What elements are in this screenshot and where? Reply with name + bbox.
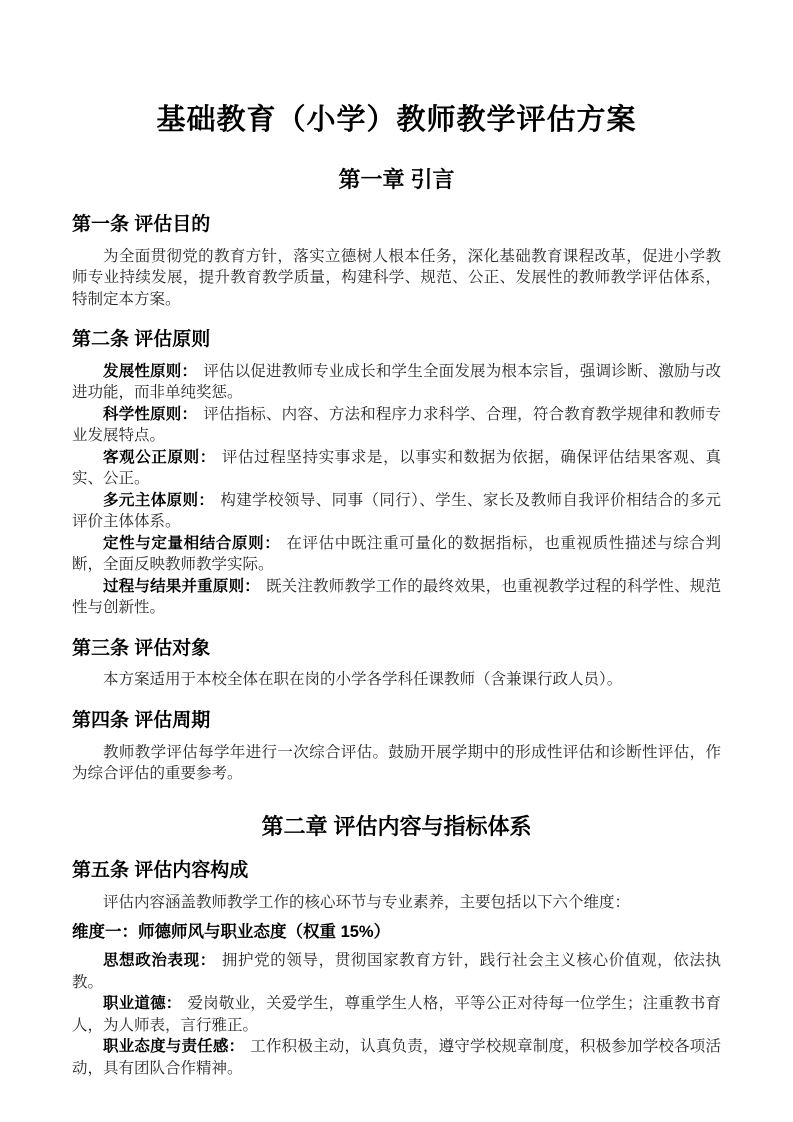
principle-label: 发展性原则： <box>103 363 197 380</box>
dimension-1-heading: 维度一：师德师风与职业态度（权重 15%） <box>72 921 721 944</box>
paragraph: 过程与结果并重原则：既关注教师教学工作的最终效果，也重视教学过程的科学性、规范性… <box>72 576 721 619</box>
section-4-heading: 第四条 评估周期 <box>72 709 721 734</box>
paragraph: 思想政治表现：拥护党的领导，贯彻国家教育方针，践行社会主义核心价值观，依法执教。 <box>72 950 721 993</box>
section-5-heading: 第五条 评估内容构成 <box>72 859 721 884</box>
paragraph: 职业态度与责任感：工作积极主动，认真负责，遵守学校规章制度，积极参加学校各项活动… <box>72 1036 721 1079</box>
paragraph-text: 本方案适用于本校全体在职在岗的小学各学科任课教师（含兼课行政人员）。 <box>103 671 622 688</box>
paragraph: 发展性原则：评估以促进教师专业成长和学生全面发展为根本宗旨，强调诊断、激励与改进… <box>72 361 721 404</box>
principle-label: 定性与定量相结合原则： <box>103 535 280 552</box>
chapter-1-heading: 第一章 引言 <box>72 166 721 195</box>
paragraph: 职业道德：爱岗敬业，关爱学生，尊重学生人格，平等公正对待每一位学生；注重教书育人… <box>72 993 721 1036</box>
indicator-label: 职业态度与责任感： <box>103 1038 244 1055</box>
paragraph: 教师教学评估每学年进行一次综合评估。鼓励开展学期中的形成性评估和诊断性评估，作为… <box>72 742 721 785</box>
chapter-2-heading: 第二章 评估内容与指标体系 <box>72 813 721 842</box>
indicator-label: 思想政治表现： <box>103 952 216 969</box>
indicator-label: 职业道德： <box>103 995 181 1012</box>
paragraph: 评估内容涵盖教师教学工作的核心环节与专业素养，主要包括以下六个维度： <box>72 892 721 914</box>
paragraph-text: 评估内容涵盖教师教学工作的核心环节与专业素养，主要包括以下六个维度： <box>103 894 630 911</box>
section-3-heading: 第三条 评估对象 <box>72 637 721 662</box>
section-2-heading: 第二条 评估原则 <box>72 328 721 353</box>
paragraph: 客观公正原则：评估过程坚持实事求是，以事实和数据为依据，确保评估结果客观、真实、… <box>72 447 721 490</box>
paragraph: 本方案适用于本校全体在职在岗的小学各学科任课教师（含兼课行政人员）。 <box>72 669 721 691</box>
principle-label: 科学性原则： <box>103 406 197 423</box>
paragraph: 为全面贯彻党的教育方针，落实立德树人根本任务，深化基础教育课程改革，促进小学教师… <box>72 246 721 311</box>
paragraph: 定性与定量相结合原则：在评估中既注重可量化的数据指标，也重视质性描述与综合判断，… <box>72 533 721 576</box>
principle-label: 过程与结果并重原则： <box>103 578 260 595</box>
document-page: 基础教育（小学）教师教学评估方案 第一章 引言 第一条 评估目的 为全面贯彻党的… <box>0 0 793 1122</box>
paragraph-text: 教师教学评估每学年进行一次综合评估。鼓励开展学期中的形成性评估和诊断性评估，作为… <box>72 744 721 783</box>
paragraph: 多元主体原则：构建学校领导、同事（同行）、学生、家长及教师自我评价相结合的多元评… <box>72 490 721 533</box>
paragraph: 科学性原则：评估指标、内容、方法和程序力求科学、合理，符合教育教学规律和教师专业… <box>72 404 721 447</box>
principle-label: 客观公正原则： <box>103 449 216 466</box>
paragraph-text: 为全面贯彻党的教育方针，落实立德树人根本任务，深化基础教育课程改革，促进小学教师… <box>72 248 721 308</box>
document-title: 基础教育（小学）教师教学评估方案 <box>72 102 721 138</box>
section-1-heading: 第一条 评估目的 <box>72 213 721 238</box>
principle-label: 多元主体原则： <box>103 492 214 509</box>
